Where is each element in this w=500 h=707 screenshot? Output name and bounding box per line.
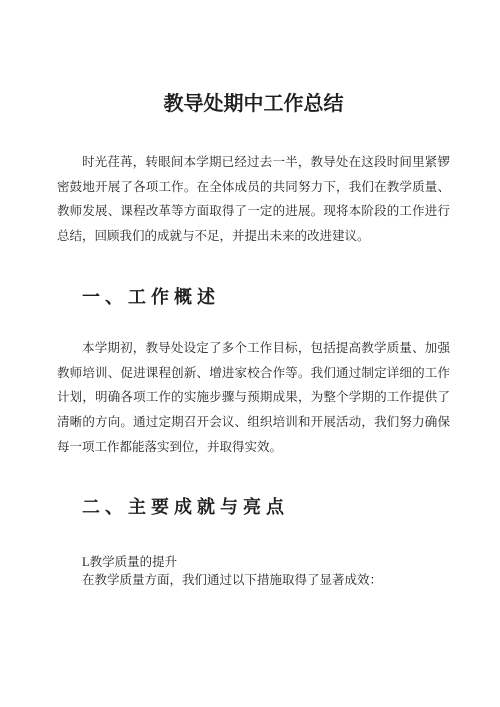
document-title: 教导处期中工作总结 bbox=[57, 90, 450, 118]
subitem-lead: 在教学质量方面，我们通过以下措施取得了显著成效： bbox=[82, 572, 450, 590]
section-2-heading: 二、主要成就与亮点 bbox=[82, 495, 450, 520]
subitem-title: L教学质量的提升 bbox=[82, 554, 450, 572]
document-page: 教导处期中工作总结 时光荏苒，转眼间本学期已经过去一半，教导处在这段时间里紧锣密… bbox=[0, 0, 500, 707]
section-2-subitem: L教学质量的提升 在教学质量方面，我们通过以下措施取得了显著成效： bbox=[82, 554, 450, 589]
section-1-heading: 一、工作概述 bbox=[82, 285, 450, 310]
section-1-paragraph: 本学期初，教导处设定了多个工作目标，包括提高教学质量、加强教师培训、促进课程创新… bbox=[57, 336, 450, 460]
intro-paragraph: 时光荏苒，转眼间本学期已经过去一半，教导处在这段时间里紧锣密鼓地开展了各项工作。… bbox=[57, 150, 450, 249]
